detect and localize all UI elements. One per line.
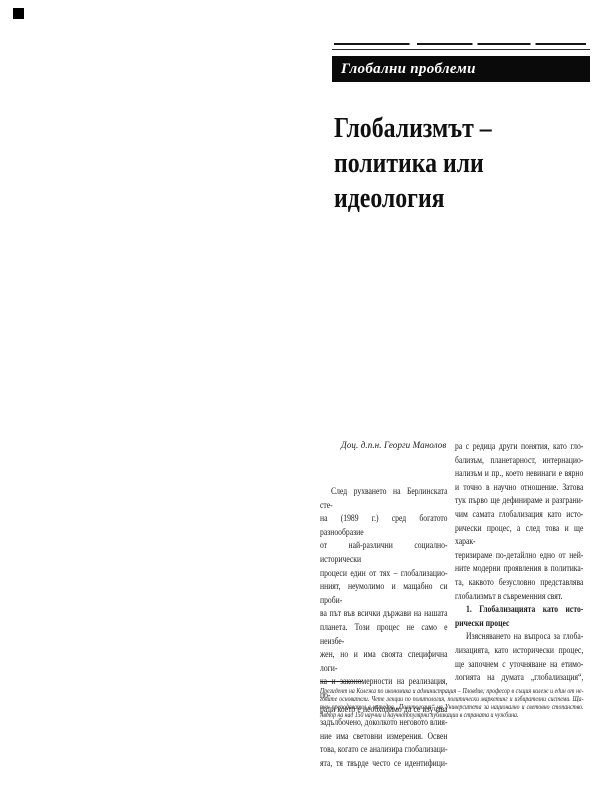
section-heading: 1. Глобализацията като исто-рически проц… bbox=[455, 603, 583, 630]
text-line: та, каквото безусловно представлява bbox=[455, 576, 583, 590]
article-title-line2: политика или идеология bbox=[334, 146, 589, 216]
text-line: ята, тя твърде често се идентифици- bbox=[320, 757, 448, 771]
article-title-line1: Глобализмът – bbox=[334, 111, 589, 146]
text-line: Автор на над 150 научни и научнопопулярн… bbox=[320, 712, 584, 720]
right-column-paragraph-2: Изясняването на въпроса за глоба-лизация… bbox=[455, 630, 583, 684]
section-banner: Глобални проблеми bbox=[332, 56, 590, 82]
article-title: Глобализмът – политика или идеология bbox=[334, 111, 589, 216]
scanned-page: Глобални проблеми Глобализмът – политика… bbox=[0, 0, 600, 800]
text-line: бализъм, планетарност, интернацио- bbox=[455, 454, 583, 468]
text-line: това, когато се анализира глобализаци- bbox=[320, 743, 448, 757]
text-line: теризираме по-детайлно едно от ней- bbox=[455, 549, 583, 563]
text-line: нализъм и пр., което невинаги е вярно bbox=[455, 467, 583, 481]
text-line: тен преподавател в катедра „Политология“… bbox=[320, 704, 584, 712]
text-line: тук първо ще дефинираме и разграни- bbox=[455, 494, 583, 508]
section-banner-label: Глобални проблеми bbox=[341, 61, 476, 77]
text-line: рически процес bbox=[455, 617, 583, 631]
corner-mark bbox=[13, 8, 24, 19]
text-line: ва път във всички държави на нашата bbox=[320, 607, 448, 621]
text-line: логията на думата „глобализация“, bbox=[455, 671, 583, 685]
footnote-rule bbox=[320, 681, 362, 682]
text-line: лизацията, като исторически процес, bbox=[455, 644, 583, 658]
text-line: говите основатели. Чете лекции по полито… bbox=[320, 696, 584, 704]
text-line: процеси един от тях – глобализацио- bbox=[320, 567, 448, 581]
text-line: Изясняването на въпроса за глоба- bbox=[455, 630, 583, 644]
text-line: глобализмът в съвременния свят. bbox=[455, 590, 583, 604]
text-line: ще започнем с уточняване на етимо- bbox=[455, 658, 583, 672]
text-line: Президент на Колежа по икономика и админ… bbox=[320, 688, 584, 696]
text-line: чим самата глобализация като исто- bbox=[455, 508, 583, 522]
text-line: ните модерни проявления в политика- bbox=[455, 562, 583, 576]
text-line: ние има световни измерения. Освен bbox=[320, 730, 448, 744]
text-line: от най-различни социално-исторически bbox=[320, 539, 448, 566]
text-line: жен, но и има своята специфична логи- bbox=[320, 648, 448, 675]
text-line: 1. Глобализацията като исто- bbox=[455, 603, 583, 617]
top-rule-thin bbox=[332, 49, 590, 50]
text-line: на (1989 г.) сред богатото разнообразие bbox=[320, 512, 448, 539]
text-line: и точно в научно отношение. Затова bbox=[455, 481, 583, 495]
text-line: планета. Този процес не само е неизбе- bbox=[320, 621, 448, 648]
text-line: рически процес, а след това и ще харак- bbox=[455, 522, 583, 549]
text-line: След рухването на Берлинската сте- bbox=[320, 485, 448, 512]
footnote: Президент на Колежа по икономика и админ… bbox=[320, 688, 584, 720]
author-byline: Доц. д.п.н. Георги Манолов bbox=[341, 440, 446, 450]
right-column-paragraph-1: ра с редица други понятия, като гло-бали… bbox=[455, 440, 583, 603]
top-rule-broken bbox=[334, 43, 586, 45]
text-line: ра с редица други понятия, като гло- bbox=[455, 440, 583, 454]
right-column: ра с редица други понятия, като гло-бали… bbox=[455, 440, 583, 685]
left-column: След рухването на Берлинската сте-на (19… bbox=[320, 485, 448, 770]
text-line: нният, неумолимо и мащабно си проби- bbox=[320, 580, 448, 607]
